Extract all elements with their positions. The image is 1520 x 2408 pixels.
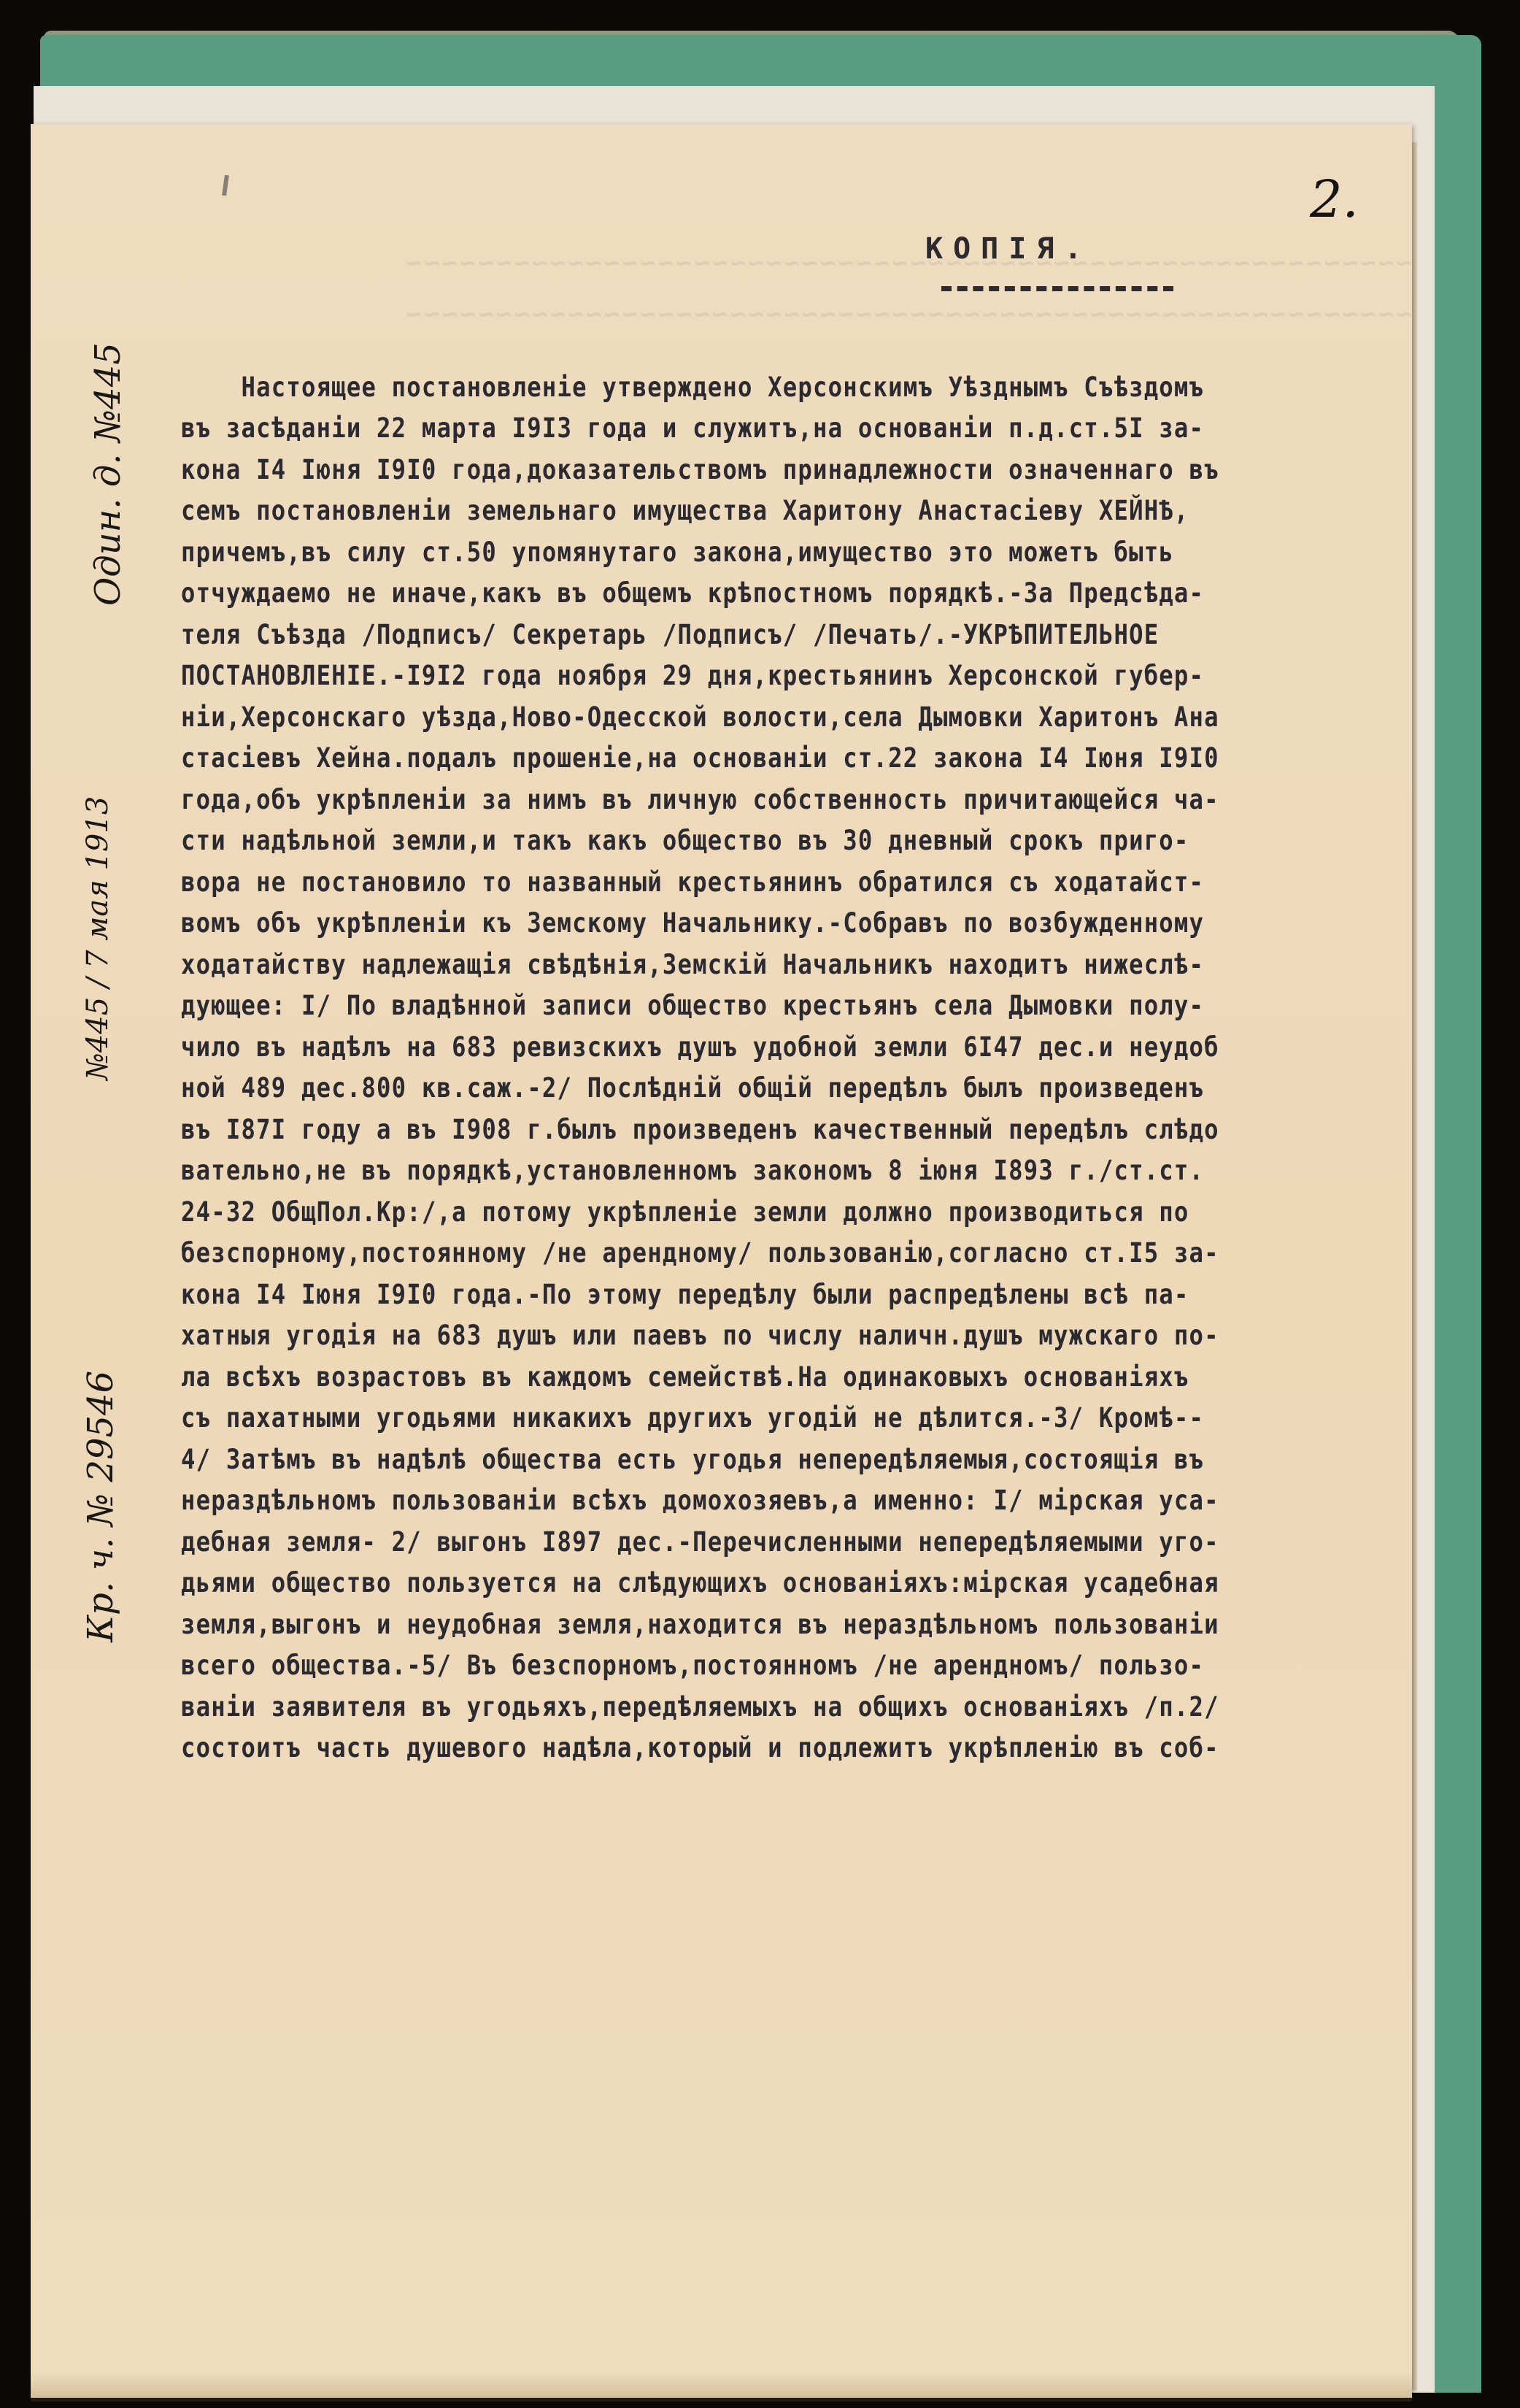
margin-note-date: №445 / 7 мая 1913	[80, 796, 115, 1080]
text-line: ной 489 дес.800 кв.саж.-2/ Послѣдній общ…	[181, 1072, 1241, 1104]
text-line: стасіевъ Хейна.подалъ прошеніе,на основа…	[181, 742, 1241, 774]
text-line: всего общества.-5/ Въ безспорномъ,постоя…	[181, 1649, 1241, 1681]
text-line: отчуждаемо не иначе,какъ въ общемъ крѣпо…	[181, 577, 1241, 609]
text-line: семъ постановленіи земельнаго имущества …	[181, 494, 1241, 526]
text-line: ла всѣхъ возрастовъ въ каждомъ семействѣ…	[181, 1361, 1241, 1393]
text-line: дующее: I/ По владѣнной записи общество …	[181, 989, 1241, 1021]
text-line: хатныя угодія на 683 душъ или паевъ по ч…	[181, 1319, 1241, 1351]
text-line: вательно,не въ порядкѣ,установленномъ за…	[181, 1154, 1241, 1186]
title-underline	[941, 286, 1173, 291]
bleed-through-text: ~~~~~~~~~~~~~~~~~~~~~~~~~~~~~~~~~~~~~~~~…	[31, 299, 1412, 329]
text-line: кона I4 Іюня I9I0 года.-По этому передѣл…	[181, 1278, 1241, 1310]
text-line: 4/ Затѣмъ въ надѣлѣ общества есть угодья…	[181, 1443, 1241, 1475]
text-line: теля Съѣзда /Подписъ/ Секретарь /Подписъ…	[181, 618, 1241, 650]
text-line: года,объ укрѣпленіи за нимъ въ личную со…	[181, 783, 1241, 815]
text-line: въ засѣданіи 22 марта I9I3 года и служит…	[181, 412, 1241, 444]
text-line: въ I87I году а въ I908 г.былъ произведен…	[181, 1113, 1241, 1145]
text-line: чило въ надѣлъ на 683 ревизскихъ душъ уд…	[181, 1031, 1241, 1063]
text-line: Настоящее постановленіе утверждено Херсо…	[181, 371, 1241, 403]
text-line: состоитъ часть душевого надѣла,который и…	[181, 1731, 1241, 1763]
text-line: причемъ,въ силу ст.50 упомянутаго закона…	[181, 536, 1241, 568]
margin-note-archive-ref: Один. д. №445	[88, 342, 128, 606]
text-line: дьями общество пользуется на слѣдующихъ …	[181, 1566, 1241, 1599]
bleed-through-text: ~~~~~~~~~~~~~~~~~~~~~~~~~~~~~~~~~~~~~~~~…	[31, 248, 1412, 278]
text-line: безспорному,постоянному /не арендному/ п…	[181, 1236, 1241, 1269]
text-line: сти надѣльной земли,и такъ какъ общество…	[181, 824, 1241, 856]
page-number: 2.	[1310, 169, 1359, 229]
text-line: съ пахатными угодьями никакихъ другихъ у…	[181, 1401, 1241, 1434]
text-line: ПОСТАНОВЛЕНІЕ.-I9I2 года ноября 29 дня,к…	[181, 659, 1241, 691]
text-line: ніи,Херсонскаго уѣзда,Ново-Одесской воло…	[181, 701, 1241, 733]
text-line: земля,выгонъ и неудобная земля,находится…	[181, 1608, 1241, 1640]
text-line: вора не постановило то названный крестья…	[181, 866, 1241, 898]
page-bottom-stain	[31, 2372, 1412, 2401]
text-line: вомъ объ укрѣпленіи къ Земскому Начальни…	[181, 907, 1241, 939]
text-line: 24-32 ОбщПол.Кр:/,а потому укрѣпленіе зе…	[181, 1196, 1241, 1228]
text-line: нераздѣльномъ пользованіи всѣхъ домохозя…	[181, 1484, 1241, 1516]
text-line: ваніи заявителя въ угодьяхъ,передѣляемых…	[181, 1690, 1241, 1723]
text-line: дебная земля- 2/ выгонъ I897 дес.-Перечи…	[181, 1526, 1241, 1558]
margin-note-record-number: Кр. ч. № 29546	[80, 1371, 121, 1642]
text-line: кона I4 Іюня I9I0 года,доказательствомъ …	[181, 453, 1241, 485]
text-line: ходатайству надлежащія свѣдѣнія,Земскій …	[181, 948, 1241, 980]
document-title: КОПІЯ.	[925, 232, 1092, 266]
